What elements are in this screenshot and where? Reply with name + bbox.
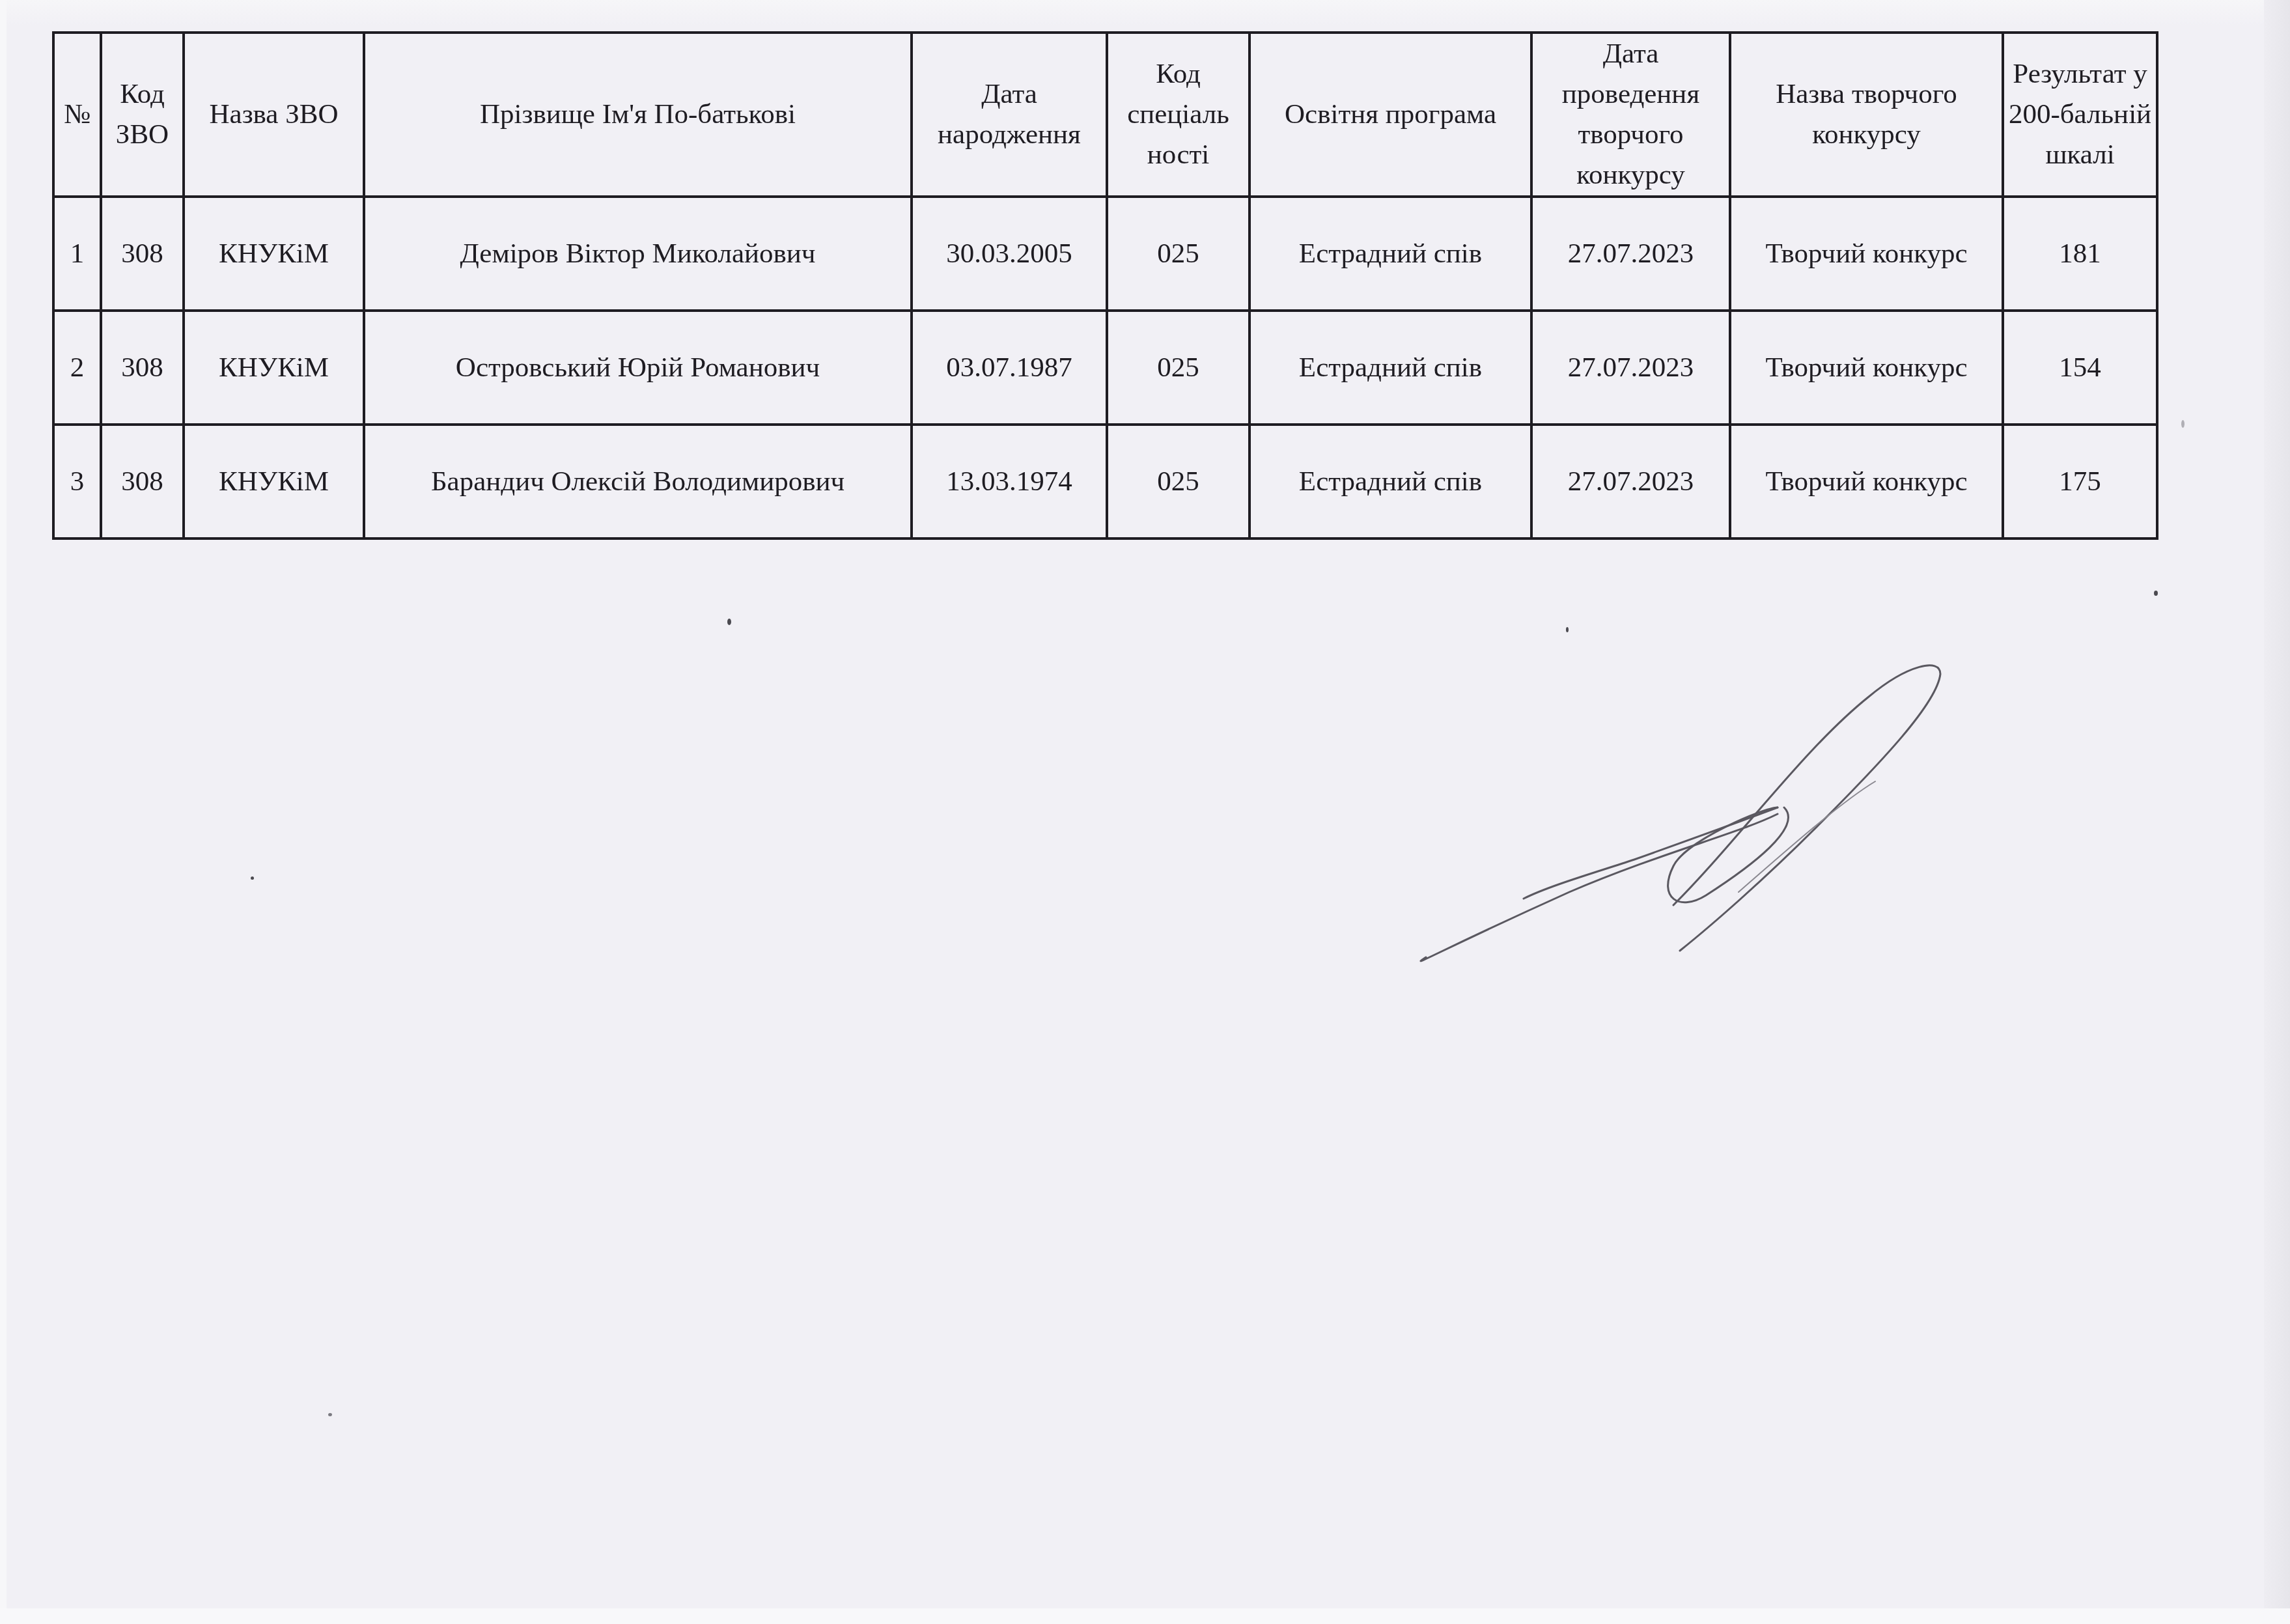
- cell-program: Естрадний спів: [1250, 311, 1531, 425]
- cell-institution-code: 308: [101, 197, 184, 311]
- header-score: Результат у 200-бальній шкалі: [2003, 33, 2157, 197]
- header-program: Освітня програма: [1250, 33, 1531, 197]
- cell-number: 2: [53, 311, 101, 425]
- header-institution-code: Код ЗВО: [101, 33, 184, 197]
- scan-speck: [328, 1413, 332, 1416]
- cell-program: Естрадний спів: [1250, 197, 1531, 311]
- table-row: 3 308 КНУКіМ Барандич Олексій Володимиро…: [53, 425, 2157, 539]
- table-header-row: № Код ЗВО Назва ЗВО Прізвище Ім'я По-бат…: [53, 33, 2157, 197]
- cell-birth-date: 13.03.1974: [912, 425, 1107, 539]
- cell-score: 181: [2003, 197, 2157, 311]
- cell-specialty-code: 025: [1107, 311, 1250, 425]
- cell-number: 3: [53, 425, 101, 539]
- header-contest-date: Дата проведення творчого конкурсу: [1531, 33, 1730, 197]
- cell-institution-code: 308: [101, 311, 184, 425]
- scan-top-edge: [0, 0, 2290, 26]
- cell-score: 154: [2003, 311, 2157, 425]
- scan-bottom-edge: [0, 1608, 2290, 1624]
- cell-institution-code: 308: [101, 425, 184, 539]
- cell-contest-date: 27.07.2023: [1531, 311, 1730, 425]
- cell-specialty-code: 025: [1107, 197, 1250, 311]
- cell-number: 1: [53, 197, 101, 311]
- table-row: 1 308 КНУКіМ Деміров Віктор Миколайович …: [53, 197, 2157, 311]
- cell-program: Естрадний спів: [1250, 425, 1531, 539]
- cell-institution-name: КНУКіМ: [184, 311, 364, 425]
- scan-right-shadow: [2264, 0, 2290, 1624]
- cell-specialty-code: 025: [1107, 425, 1250, 539]
- cell-full-name: Островський Юрій Романович: [364, 311, 912, 425]
- cell-score: 175: [2003, 425, 2157, 539]
- cell-birth-date: 30.03.2005: [912, 197, 1107, 311]
- cell-full-name: Барандич Олексій Володимирович: [364, 425, 912, 539]
- scan-speck: [1566, 627, 1569, 632]
- scan-speck: [2154, 591, 2158, 596]
- cell-contest-date: 27.07.2023: [1531, 425, 1730, 539]
- scan-speck: [2181, 420, 2185, 428]
- header-number: №: [53, 33, 101, 197]
- header-contest-name: Назва творчого конкурсу: [1730, 33, 2003, 197]
- cell-contest-name: Творчий конкурс: [1730, 425, 2003, 539]
- contest-results-table: № Код ЗВО Назва ЗВО Прізвище Ім'я По-бат…: [52, 31, 2158, 540]
- scan-speck: [251, 876, 254, 880]
- cell-contest-name: Творчий конкурс: [1730, 197, 2003, 311]
- signature-mark: [1400, 645, 2116, 970]
- cell-contest-date: 27.07.2023: [1531, 197, 1730, 311]
- scan-left-edge: [0, 0, 7, 1624]
- cell-institution-name: КНУКіМ: [184, 425, 364, 539]
- header-institution-name: Назва ЗВО: [184, 33, 364, 197]
- cell-institution-name: КНУКіМ: [184, 197, 364, 311]
- header-full-name: Прізвище Ім'я По-батькові: [364, 33, 912, 197]
- header-birth-date: Дата народження: [912, 33, 1107, 197]
- cell-birth-date: 03.07.1987: [912, 311, 1107, 425]
- scan-speck: [727, 619, 731, 625]
- cell-full-name: Деміров Віктор Миколайович: [364, 197, 912, 311]
- header-specialty-code: Код спеціаль ності: [1107, 33, 1250, 197]
- table-row: 2 308 КНУКіМ Островський Юрій Романович …: [53, 311, 2157, 425]
- cell-contest-name: Творчий конкурс: [1730, 311, 2003, 425]
